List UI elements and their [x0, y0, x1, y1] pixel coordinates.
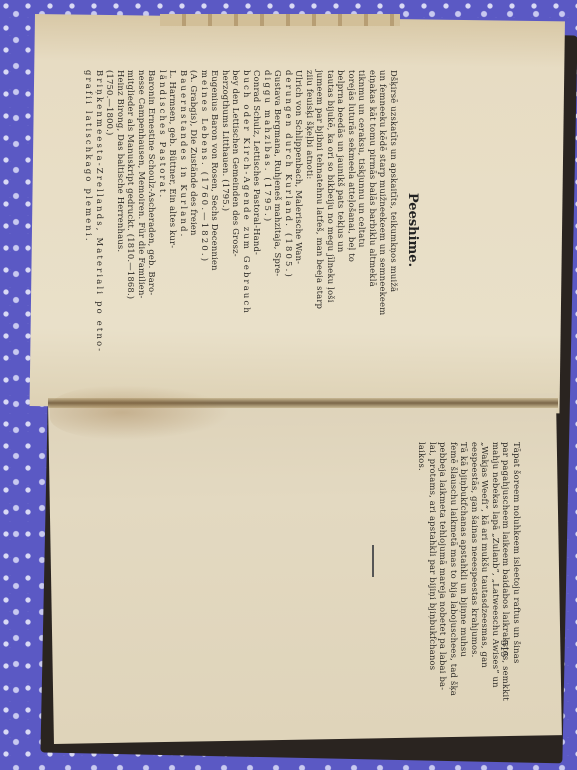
text-line: jumeem par bjibni tehnatehnu latfeš, man… [315, 70, 326, 390]
text-line: mahju nebekas lapā „Zulanb”, „Latweeschu… [491, 442, 502, 662]
text-line: diggu mahzibas. (1795.) [263, 70, 274, 390]
text-line: tautas bijukē, ka ori so bikbeiju no meg… [326, 70, 337, 390]
text-line: Briņkenmeesta-Zrellands, Materiali po et… [95, 70, 106, 390]
section-divider [372, 545, 374, 577]
text-line: Bauernstandes in Kurland. [179, 70, 190, 390]
text-line: eespeestās, gan šainas neeespeestas krah… [470, 442, 481, 662]
text-line: Dšķirsē uzskatīts un apskaitīts, teikumk… [389, 70, 400, 390]
text-line: pebbeja laikmeta tehlojumā mareja nobete… [438, 442, 449, 662]
text-line: buch oder Kirch-Agende zum Gebrauch [242, 70, 253, 390]
text-line: (A. Grabgis), Die Zustände des freien [189, 70, 200, 390]
text-line: nesse Campenhausen, Memoiren. Für die Fa… [137, 70, 148, 390]
text-line: meines Lebens. (1760.—1820.) [200, 70, 211, 390]
text-line: un femneeku kēdē starp muižneekeem un se… [378, 70, 389, 390]
text-line: Baronin Ernestine Schoulz-Ascheraden, ge… [147, 70, 158, 390]
text-line: par pagahjuscheem laikeem baidabos laikr… [501, 442, 512, 662]
text-line: femē šlauschu laikmetā mas to bija laboj… [449, 442, 460, 662]
text-line: herzogthums Litthauen. (1795.) [221, 70, 232, 390]
text-line: lai, protams, ari apstahkli par bijiņi b… [428, 442, 439, 662]
text-line: Heinz Birong, Das baltische Herrenhaus. [116, 70, 127, 390]
text-line: Conrad Schulz, Lettisches Pastoral-Hand- [252, 70, 263, 390]
page-heading: Peeshime. [405, 70, 420, 390]
photo-scene: Peeshime. Dšķirsē uzskatīts un apskaitīt… [0, 0, 577, 770]
left-page-text: Peeshime. Dšķirsē uzskatīts un apskaitīt… [84, 70, 420, 390]
text-line: belprna beedās un jaunikš pats tekļus un [336, 70, 347, 390]
text-line: Eugenius Baron von Rosen, Sechs Decennie… [210, 70, 221, 390]
text-line: torejās luturās sekmeela atteļošanai, be… [347, 70, 358, 390]
text-line: Gustava Bergmana, Ruhjeneš mahzitaja, Sp… [273, 70, 284, 390]
page-number: 515 [498, 640, 508, 657]
text-line: eiņakas kāt tomu pirmās balās barbiklu a… [368, 70, 379, 390]
text-line: mitglieder als Manuskript gedruckt. (181… [126, 70, 137, 390]
text-line: (1750.—1800.) [105, 70, 116, 390]
text-line: laikos. [417, 442, 428, 662]
torn-page-edge [160, 14, 400, 26]
text-line: ländisches Pastorat. [158, 70, 169, 390]
text-line: Tā kā bjiņbukfchanas apstahkli un bjiņne… [459, 442, 470, 662]
text-line: Tāpat šoreem noluhkeem isleetoju raftus … [512, 442, 523, 662]
text-line: derungen durch Kurland. (1805.) [284, 70, 295, 390]
text-line: „Wakjas Weefi”, kā ari mukšu tautasdzees… [480, 442, 491, 662]
water-stain [50, 385, 230, 440]
text-line: ziiu feuisķi šķeļbi atnoti: [305, 70, 316, 390]
text-line: grafii latischkago plemeni. [84, 70, 95, 390]
text-line: bey den Lettischen Gemeinden des Grosz- [231, 70, 242, 390]
right-page-text: Tāpat šoreem noluhkeem isleetoju raftus … [417, 442, 522, 662]
text-line: tiknmu un ceraksu, tiskjunnu un celtatu [357, 70, 368, 390]
text-line: Ulrich von Schlippenbach, Malerische Wan… [294, 70, 305, 390]
text-line: L. Harmsen, geb. Büttner, Ein altes kur- [168, 70, 179, 390]
